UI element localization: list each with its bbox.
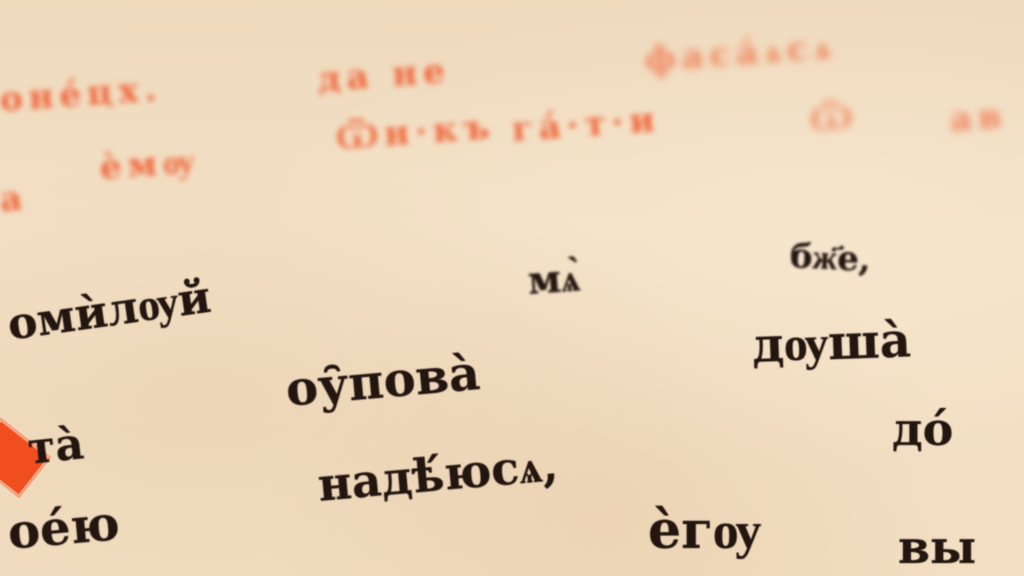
black-text-word: до́ <box>892 402 953 456</box>
red-text-line: Ѿ <box>809 97 860 140</box>
red-text-line: ѐмѹ <box>99 141 202 188</box>
black-text-word: та̀ <box>25 418 86 475</box>
red-text-line: а <box>0 178 29 220</box>
black-text-word: мѧ̀ <box>526 254 581 304</box>
black-text-word: ое́ю <box>6 495 122 561</box>
black-text-word: дѹша̀ <box>751 312 912 374</box>
black-text-word: бж҃е, <box>789 236 872 280</box>
black-text-word: ѐгѹ <box>648 500 761 561</box>
black-text-word: вы <box>898 520 976 574</box>
red-text-line: ав <box>949 96 1009 140</box>
